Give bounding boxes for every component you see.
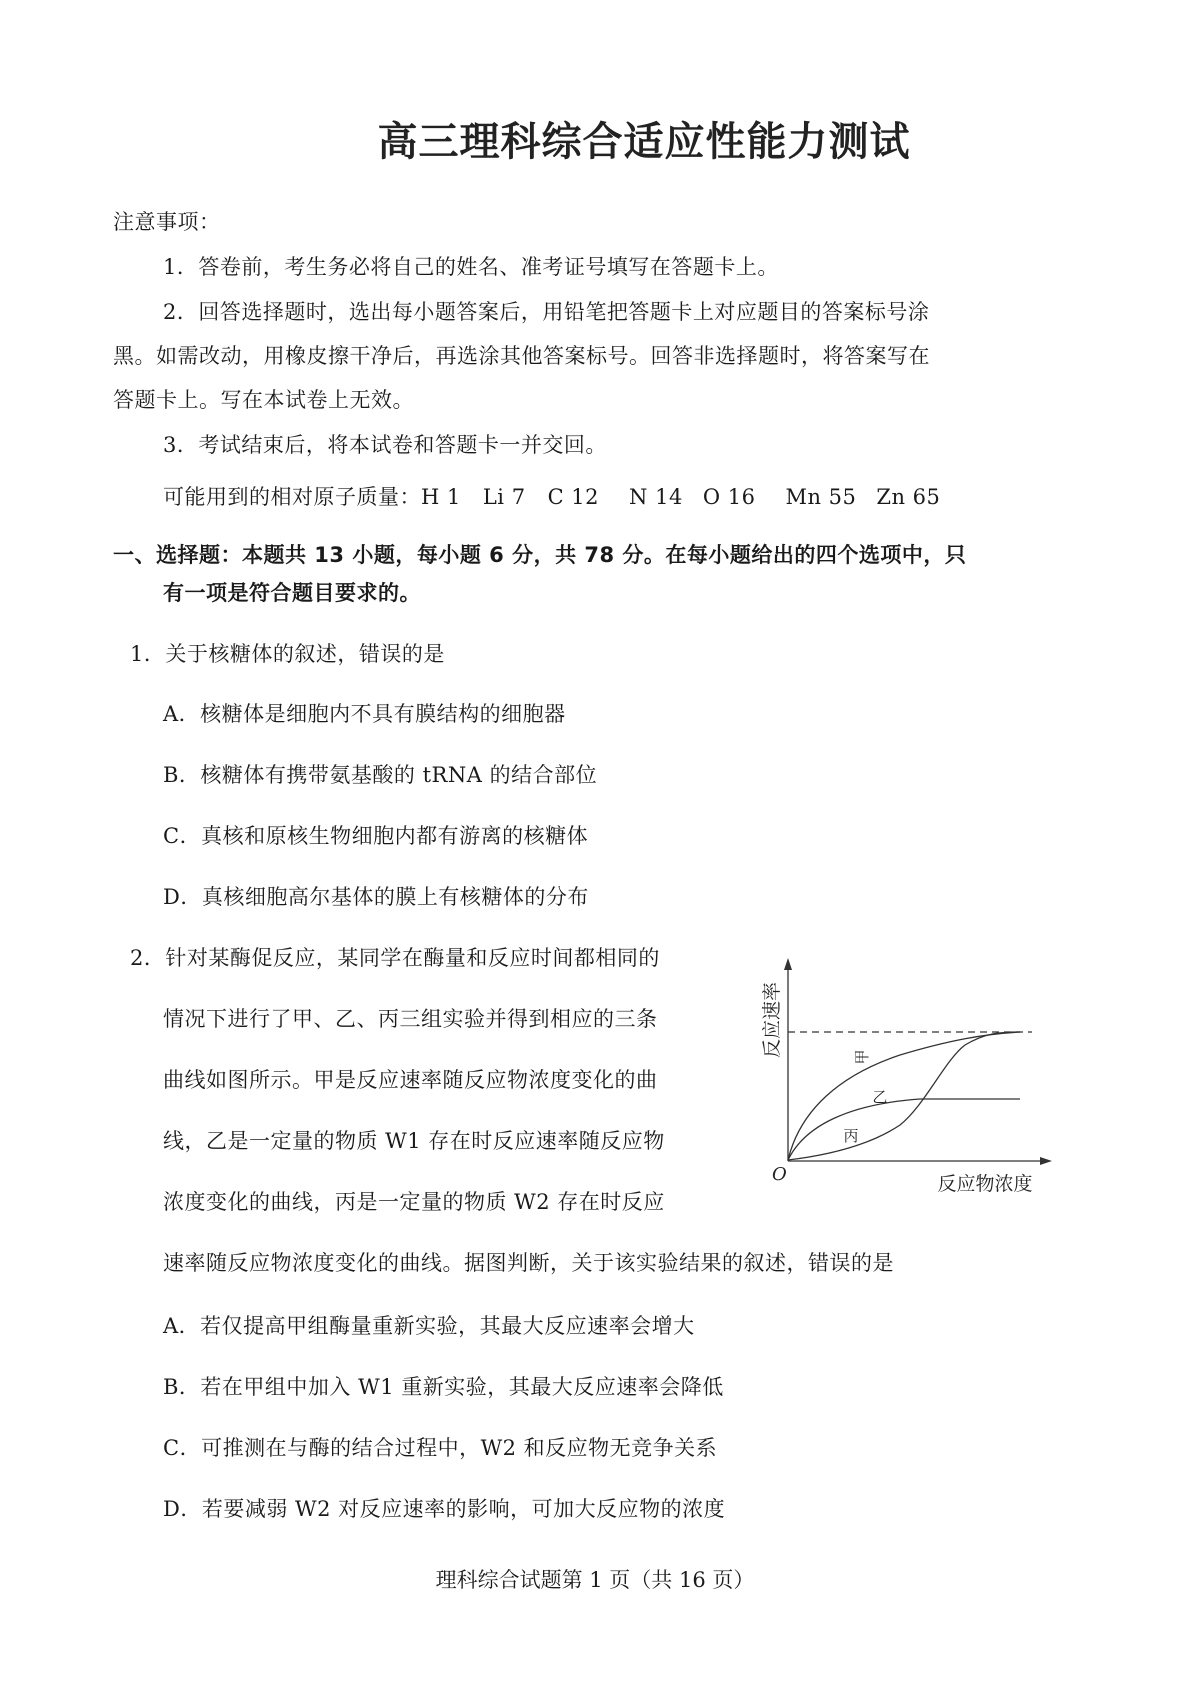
question-2-option-c: C．可推测在与酶的结合过程中，W2 和反应物无竞争关系: [163, 1434, 717, 1462]
reaction-rate-chart: 反应速率 反应物浓度 O 甲 乙 丙: [740, 945, 1070, 1205]
question-2-stem-line-2: 情况下进行了甲、乙、丙三组实验并得到相应的三条: [163, 1005, 658, 1033]
page-footer: 理科综合试题第 1 页（共 16 页）: [0, 1566, 1190, 1594]
atomic-mass-c: C 12: [548, 485, 599, 509]
atomic-mass-li: Li 7: [483, 485, 526, 509]
question-2-option-d: D．若要减弱 W2 对反应速率的影响，可加大反应物的浓度: [163, 1495, 725, 1523]
page-title: 高三理科综合适应性能力测试: [0, 118, 1190, 166]
notice-item-2-cont: 黑。如需改动，用橡皮擦干净后，再选涂其他答案标号。回答非选择题时，将答案写在: [113, 342, 930, 370]
x-axis-label: 反应物浓度: [937, 1173, 1032, 1195]
y-axis-label: 反应速率: [761, 982, 783, 1058]
atomic-mass-o: O 16: [703, 485, 756, 509]
question-1-option-d: D．真核细胞高尔基体的膜上有核糖体的分布: [163, 883, 589, 911]
curve-label-jia: 甲: [853, 1049, 871, 1064]
question-2-option-a: A．若仅提高甲组酶量重新实验，其最大反应速率会增大: [163, 1312, 695, 1340]
curve-bing: [788, 1032, 1020, 1160]
curve-jia: [788, 1032, 1020, 1160]
question-2-stem-line-3: 曲线如图所示。甲是反应速率随反应物浓度变化的曲: [163, 1066, 658, 1094]
curve-yi: [788, 1099, 1020, 1160]
question-2-stem-line-1: 2．针对某酶促反应，某同学在酶量和反应时间都相同的: [130, 944, 660, 972]
atomic-mass-label: 可能用到的相对原子质量：: [163, 485, 421, 509]
question-2-stem-line-4: 线，乙是一定量的物质 W1 存在时反应速率随反应物: [163, 1127, 665, 1155]
atomic-mass-mn: Mn 55: [785, 485, 856, 509]
atomic-mass-h: H 1: [421, 485, 461, 509]
question-2-stem-line-6: 速率随反应物浓度变化的曲线。据图判断，关于该实验结果的叙述，错误的是: [163, 1249, 894, 1277]
question-2-stem-line-5: 浓度变化的曲线，丙是一定量的物质 W2 存在时反应: [163, 1188, 665, 1216]
curve-label-yi: 乙: [872, 1088, 887, 1106]
question-1-option-a: A．核糖体是细胞内不具有膜结构的细胞器: [163, 700, 566, 728]
question-1-option-c: C．真核和原核生物细胞内都有游离的核糖体: [163, 822, 588, 850]
notice-item-2-cont2: 答题卡上。写在本试卷上无效。: [113, 386, 414, 414]
atomic-mass-line: 可能用到的相对原子质量：H 1Li 7C 12N 14O 16Mn 55Zn 6…: [163, 483, 940, 511]
origin-label: O: [772, 1164, 787, 1185]
question-1-stem: 1．关于核糖体的叙述，错误的是: [130, 640, 445, 668]
notice-item-1: 1．答卷前，考生务必将自己的姓名、准考证号填写在答题卡上。: [163, 253, 779, 281]
curve-label-bing: 丙: [843, 1127, 858, 1145]
notice-item-2: 2．回答选择题时，选出每小题答案后，用铅笔把答题卡上对应题目的答案标号涂: [163, 298, 929, 326]
question-2-option-b: B．若在甲组中加入 W1 重新实验，其最大反应速率会降低: [163, 1373, 724, 1401]
notice-heading: 注意事项：: [113, 208, 221, 236]
notice-item-3: 3．考试结束后，将本试卷和答题卡一并交回。: [163, 431, 607, 459]
atomic-mass-zn: Zn 65: [876, 485, 940, 509]
section-heading: 一、选择题：本题共 13 小题，每小题 6 分，共 78 分。在每小题给出的四个…: [113, 541, 966, 569]
atomic-mass-n: N 14: [629, 485, 683, 509]
section-heading-cont: 有一项是符合题目要求的。: [163, 579, 421, 607]
x-axis-arrow-icon: [1040, 1157, 1052, 1165]
y-axis-arrow-icon: [784, 958, 792, 970]
question-1-option-b: B．核糖体有携带氨基酸的 tRNA 的结合部位: [163, 761, 597, 789]
